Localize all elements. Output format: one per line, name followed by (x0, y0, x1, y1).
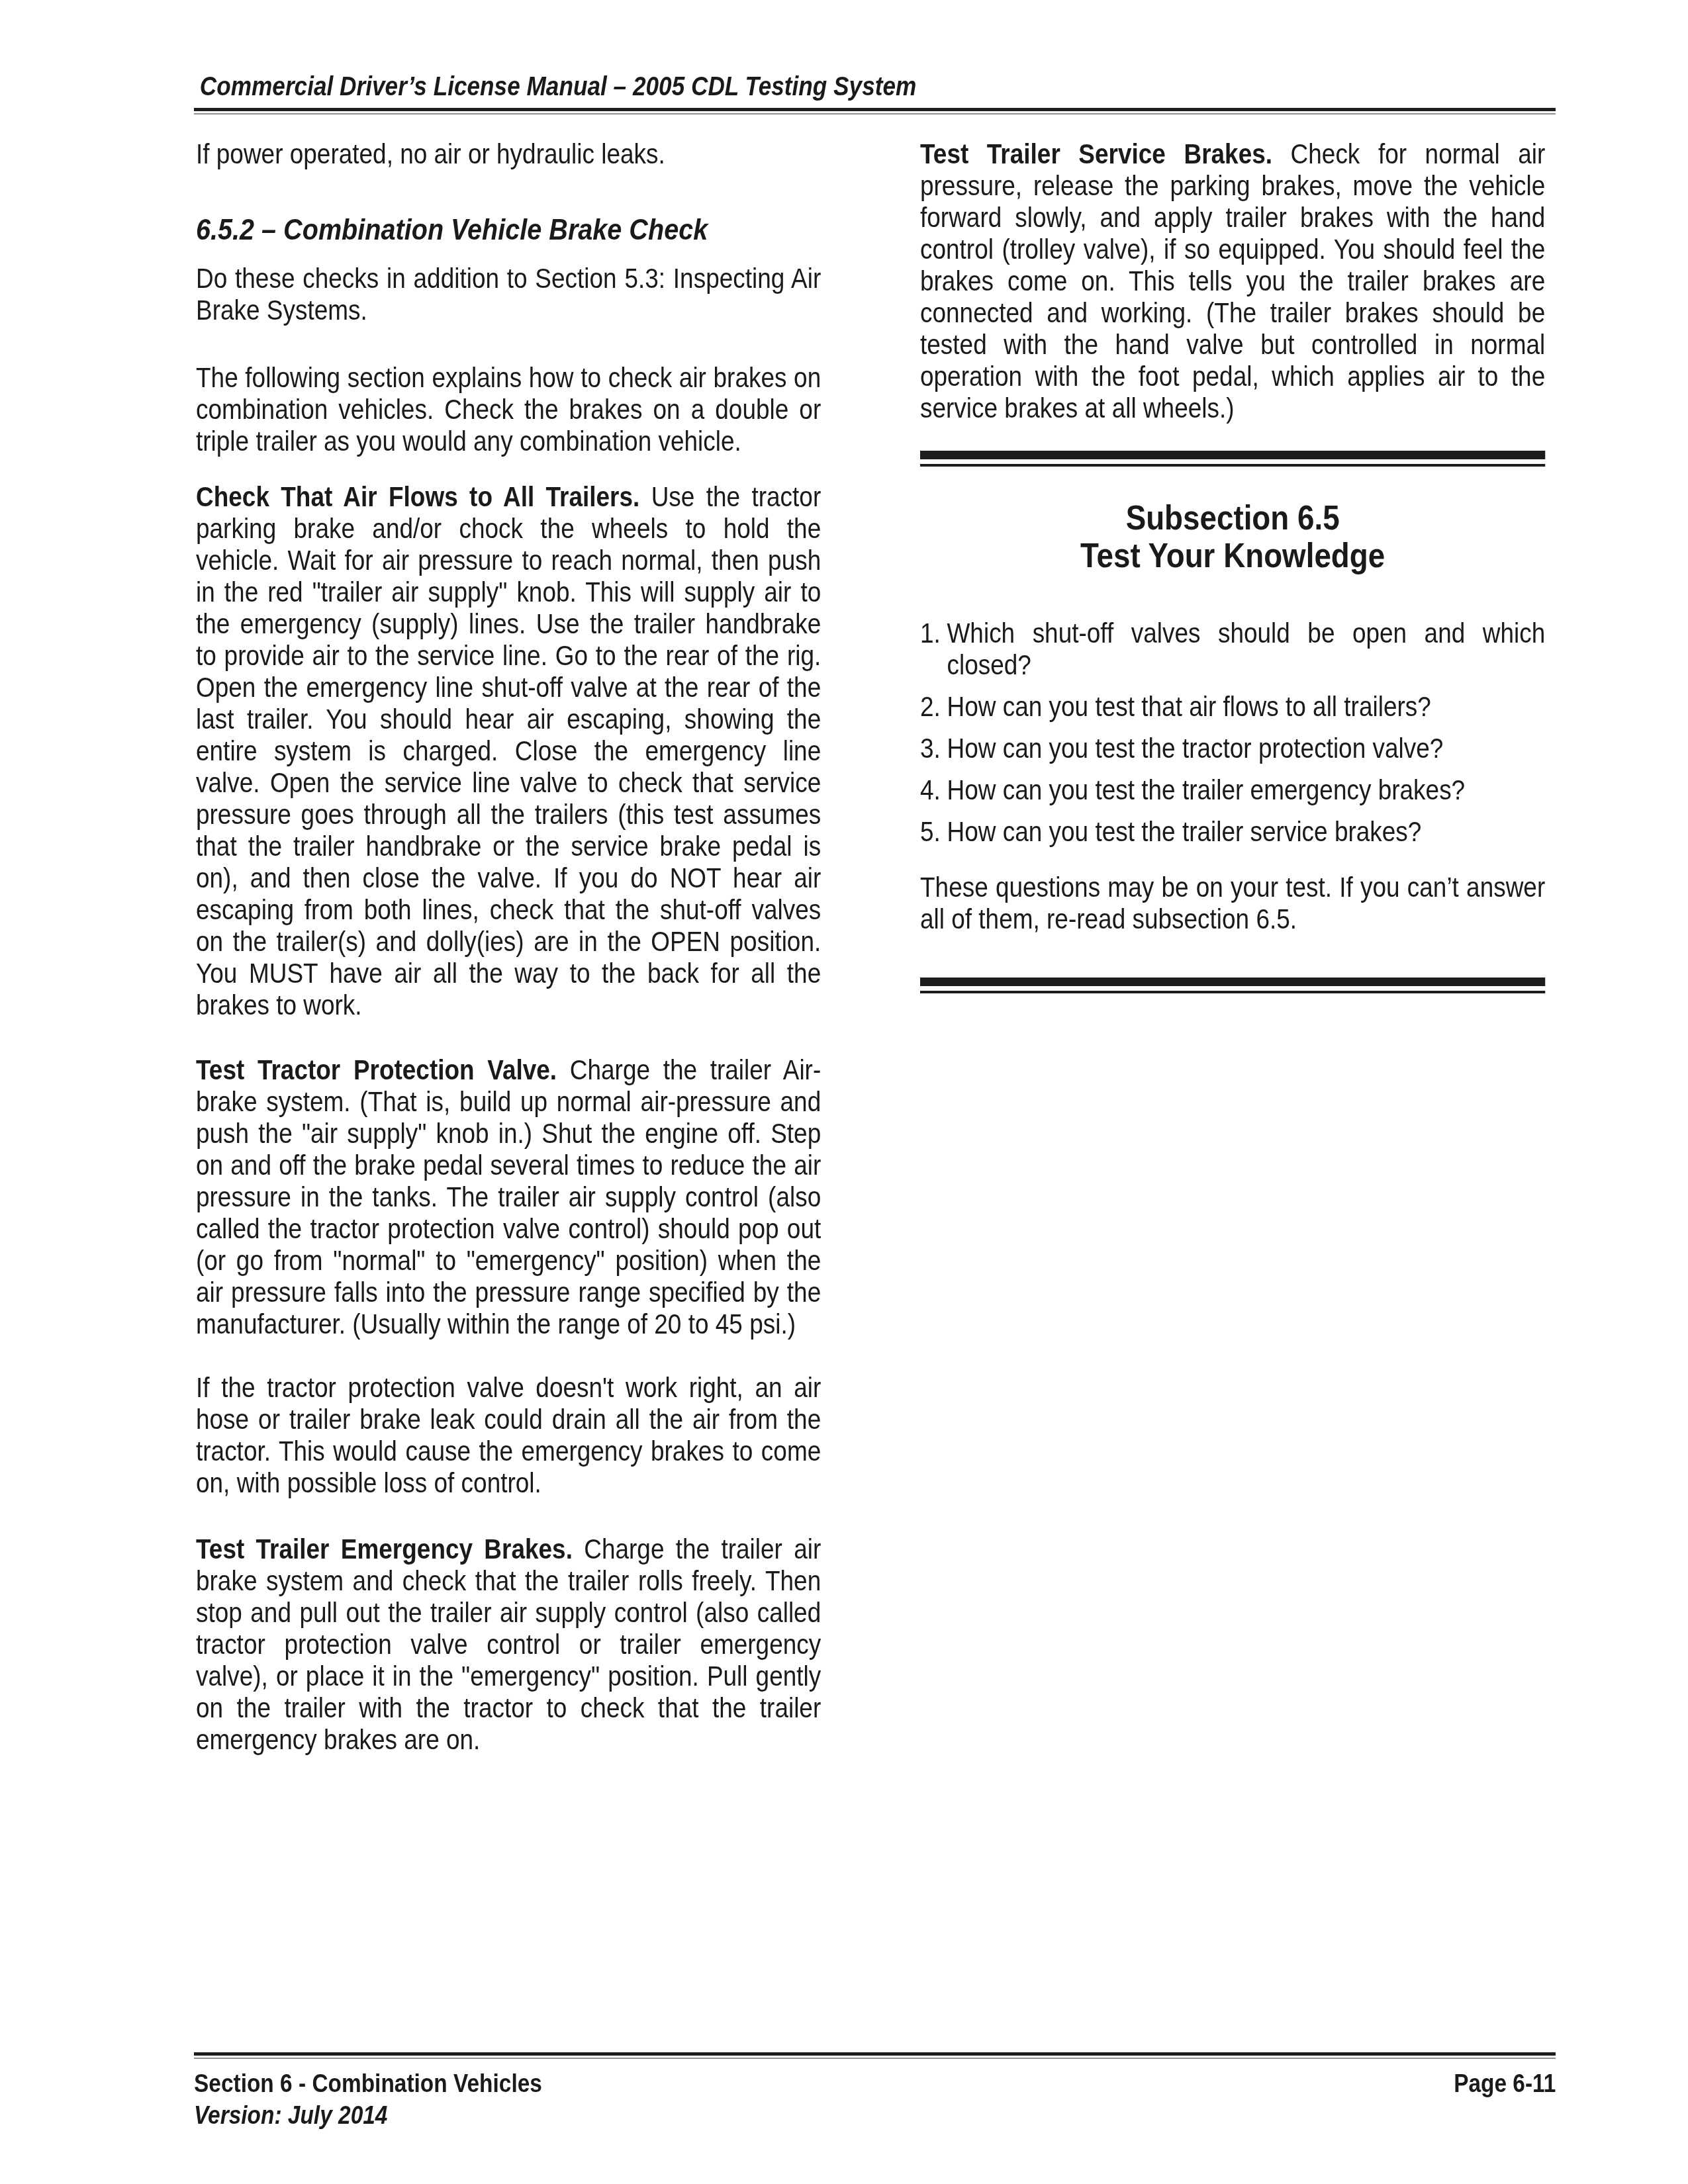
para-test-trailer-emergency-brakes-lead: Test Trailer Emergency Brakes. (196, 1533, 573, 1565)
question-text: How can you test the trailer emergency b… (947, 774, 1465, 805)
para-test-tractor-protection-valve: Test Tractor Protection Valve. Charge th… (196, 1054, 821, 1340)
subsection-title: Subsection 6.5 Test Your Knowledge (920, 500, 1545, 575)
intro-line: If power operated, no air or hydraulic l… (196, 138, 821, 170)
divider-bottom-line (920, 991, 1545, 993)
footer-section-label: Section 6 - Combination Vehicles (194, 2068, 542, 2100)
question-item-5: 5. How can you test the trailer service … (920, 816, 1545, 848)
divider-bottom (920, 978, 1545, 993)
footer-left: Section 6 - Combination Vehicles Version… (194, 2068, 542, 2132)
question-item-2: 2. How can you test that air flows to al… (920, 691, 1545, 723)
footer-rule (194, 2052, 1556, 2056)
divider-bottom-bar (920, 978, 1545, 986)
page-footer: Section 6 - Combination Vehicles Version… (194, 2046, 1556, 2132)
footer-text-wrap: Section 6 - Combination Vehicles Version… (194, 2068, 1556, 2132)
footer-version-label: Version: July 2014 (194, 2100, 542, 2132)
question-number: 2. (920, 691, 941, 723)
question-item-3: 3. How can you test the tractor protecti… (920, 733, 1545, 764)
question-item-1: 1. Which shut-off valves should be open … (920, 617, 1545, 681)
divider-top-bar (920, 451, 1545, 459)
left-column: If power operated, no air or hydraulic l… (196, 0, 821, 1756)
footer-rule-echo (194, 2058, 1556, 2059)
right-column: Test Trailer Service Brakes. Check for n… (920, 0, 1545, 993)
para-check-air-flows-text: Use the tractor parking brake and/or cho… (196, 481, 821, 1021)
question-number: 5. (920, 816, 941, 848)
section-6-5-2-heading: 6.5.2 – Combination Vehicle Brake Check (196, 212, 821, 247)
para-test-tractor-protection-valve-text: Charge the trailer Air-brake system. (Th… (196, 1054, 821, 1340)
para-test-trailer-service-brakes-lead: Test Trailer Service Brakes. (920, 138, 1272, 169)
divider-top (920, 451, 1545, 467)
question-number: 3. (920, 733, 941, 764)
question-item-4: 4. How can you test the trailer emergenc… (920, 774, 1545, 806)
para-check-air-flows: Check That Air Flows to All Trailers. Us… (196, 481, 821, 1021)
question-text: Which shut-off valves should be open and… (947, 617, 1545, 680)
para-following-section: The following section explains how to ch… (196, 362, 821, 457)
question-text: How can you test that air flows to all t… (947, 691, 1430, 722)
para-test-tractor-protection-valve-lead: Test Tractor Protection Valve. (196, 1054, 557, 1085)
para-test-trailer-emergency-brakes: Test Trailer Emergency Brakes. Charge th… (196, 1533, 821, 1756)
knowledge-questions: 1. Which shut-off valves should be open … (920, 617, 1545, 848)
question-number: 4. (920, 774, 941, 806)
document-page: Commercial Driver’s License Manual – 200… (0, 0, 1688, 2184)
divider-top-line (920, 464, 1545, 467)
para-do-these-checks: Do these checks in addition to Section 5… (196, 263, 821, 326)
question-number: 1. (920, 617, 941, 649)
para-questions-note: These questions may be on your test. If … (920, 872, 1545, 935)
para-valve-failure: If the tractor protection valve doesn't … (196, 1372, 821, 1499)
para-test-trailer-emergency-brakes-text: Charge the trailer air brake system and … (196, 1533, 821, 1755)
question-text: How can you test the tractor protection … (947, 733, 1443, 764)
footer-page-number: Page 6-11 (1454, 2068, 1556, 2100)
para-test-trailer-service-brakes-text: Check for normal air pressure, release t… (920, 138, 1545, 424)
para-check-air-flows-lead: Check That Air Flows to All Trailers. (196, 481, 639, 512)
question-text: How can you test the trailer service bra… (947, 816, 1421, 847)
subsection-title-line1: Subsection 6.5 (920, 500, 1545, 537)
subsection-title-line2: Test Your Knowledge (920, 537, 1545, 575)
para-test-trailer-service-brakes: Test Trailer Service Brakes. Check for n… (920, 138, 1545, 424)
